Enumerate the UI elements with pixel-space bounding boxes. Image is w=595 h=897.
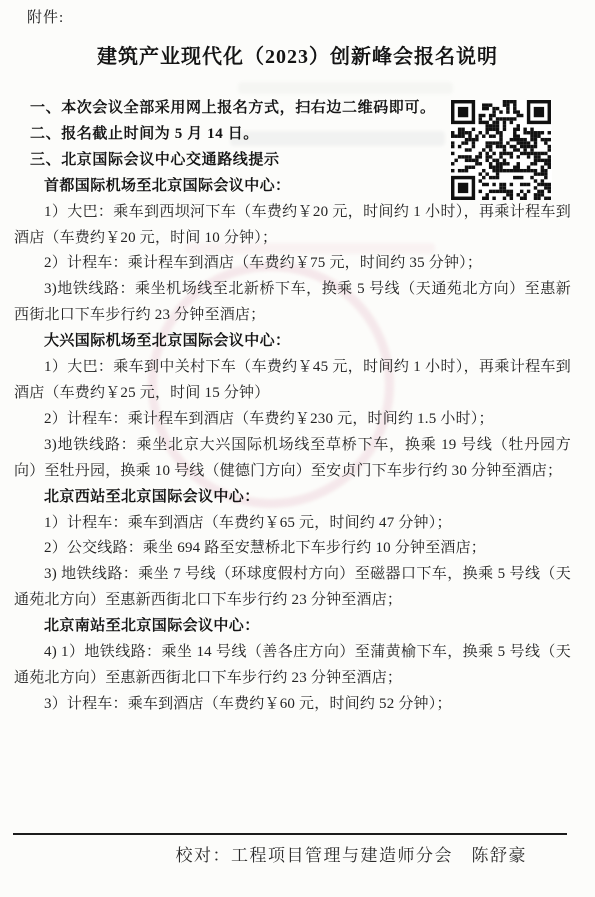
route-item: 3) 地铁线路：乘坐 7 号线（环球度假村方向）至磁器口下车，换乘 5 号线（天… [14,562,571,614]
route-section-heading: 北京南站至北京国际会议中心： [14,614,571,640]
route-item: 3）计程车：乘车到酒店（车费约￥60 元，时间约 52 分钟）； [14,692,571,718]
footer-divider [13,833,567,835]
intro-item-2: 二、报名截止时间为 5 月 14 日。 [14,122,571,148]
attachment-label: 附件: [27,6,64,30]
route-section-heading: 北京西站至北京国际会议中心： [14,485,571,511]
document-title: 建筑产业现代化（2023）创新峰会报名说明 [0,42,595,72]
scanned-document-page: 附件: 建筑产业现代化（2023）创新峰会报名说明 一、本次会议全部采用网上报名… [0,0,595,897]
route-item: 2）公交线路：乘坐 694 路至安慧桥北下车步行约 10 分钟至酒店； [14,536,571,562]
document-body: 一、本次会议全部采用网上报名方式，扫右边二维码即可。 二、报名截止时间为 5 月… [14,96,571,718]
route-section-heading: 首都国际机场至北京国际会议中心： [14,174,571,200]
proofreader-line: 校对：工程项目管理与建造师分会 陈舒豪 [14,843,571,869]
route-item: 1）大巴：乘车到中关村下车（车费约￥45 元，时间约 1 小时），再乘计程车到酒… [14,355,571,407]
intro-item-1: 一、本次会议全部采用网上报名方式，扫右边二维码即可。 [14,96,571,122]
route-item: 2）计程车：乘计程车到酒店（车费约￥230 元，时间约 1.5 小时）； [14,407,571,433]
route-section-daxing-airport: 大兴国际机场至北京国际会议中心： 1）大巴：乘车到中关村下车（车费约￥45 元，… [14,329,571,484]
route-section-south-station: 北京南站至北京国际会议中心： 4) 1）地铁线路：乘坐 14 号线（善各庄方向）… [14,614,571,718]
route-item: 3)地铁线路：乘坐机场线至北新桥下车，换乘 5 号线（天通苑北方向）至惠新西街北… [14,277,571,329]
route-section-capital-airport: 首都国际机场至北京国际会议中心： 1）大巴：乘车到西坝河下车（车费约￥20 元，… [14,174,571,329]
route-item: 2）计程车：乘计程车到酒店（车费约￥75 元，时间约 35 分钟）； [14,251,571,277]
scan-artifact [238,82,453,94]
route-item: 1）大巴：乘车到西坝河下车（车费约￥20 元，时间约 1 小时），再乘计程车到酒… [14,200,571,252]
route-item: 4) 1）地铁线路：乘坐 14 号线（善各庄方向）至蒲黄榆下车，换乘 5 号线（… [14,640,571,692]
intro-item-3: 三、北京国际会议中心交通路线提示 [14,148,571,174]
route-item: 1）计程车：乘车到酒店（车费约￥65 元，时间约 47 分钟）； [14,511,571,537]
route-section-west-station: 北京西站至北京国际会议中心： 1）计程车：乘车到酒店（车费约￥65 元，时间约 … [14,485,571,615]
route-item: 3)地铁线路：乘坐北京大兴国际机场线至草桥下车，换乘 19 号线（牡丹园方向）至… [14,433,571,485]
route-section-heading: 大兴国际机场至北京国际会议中心： [14,329,571,355]
